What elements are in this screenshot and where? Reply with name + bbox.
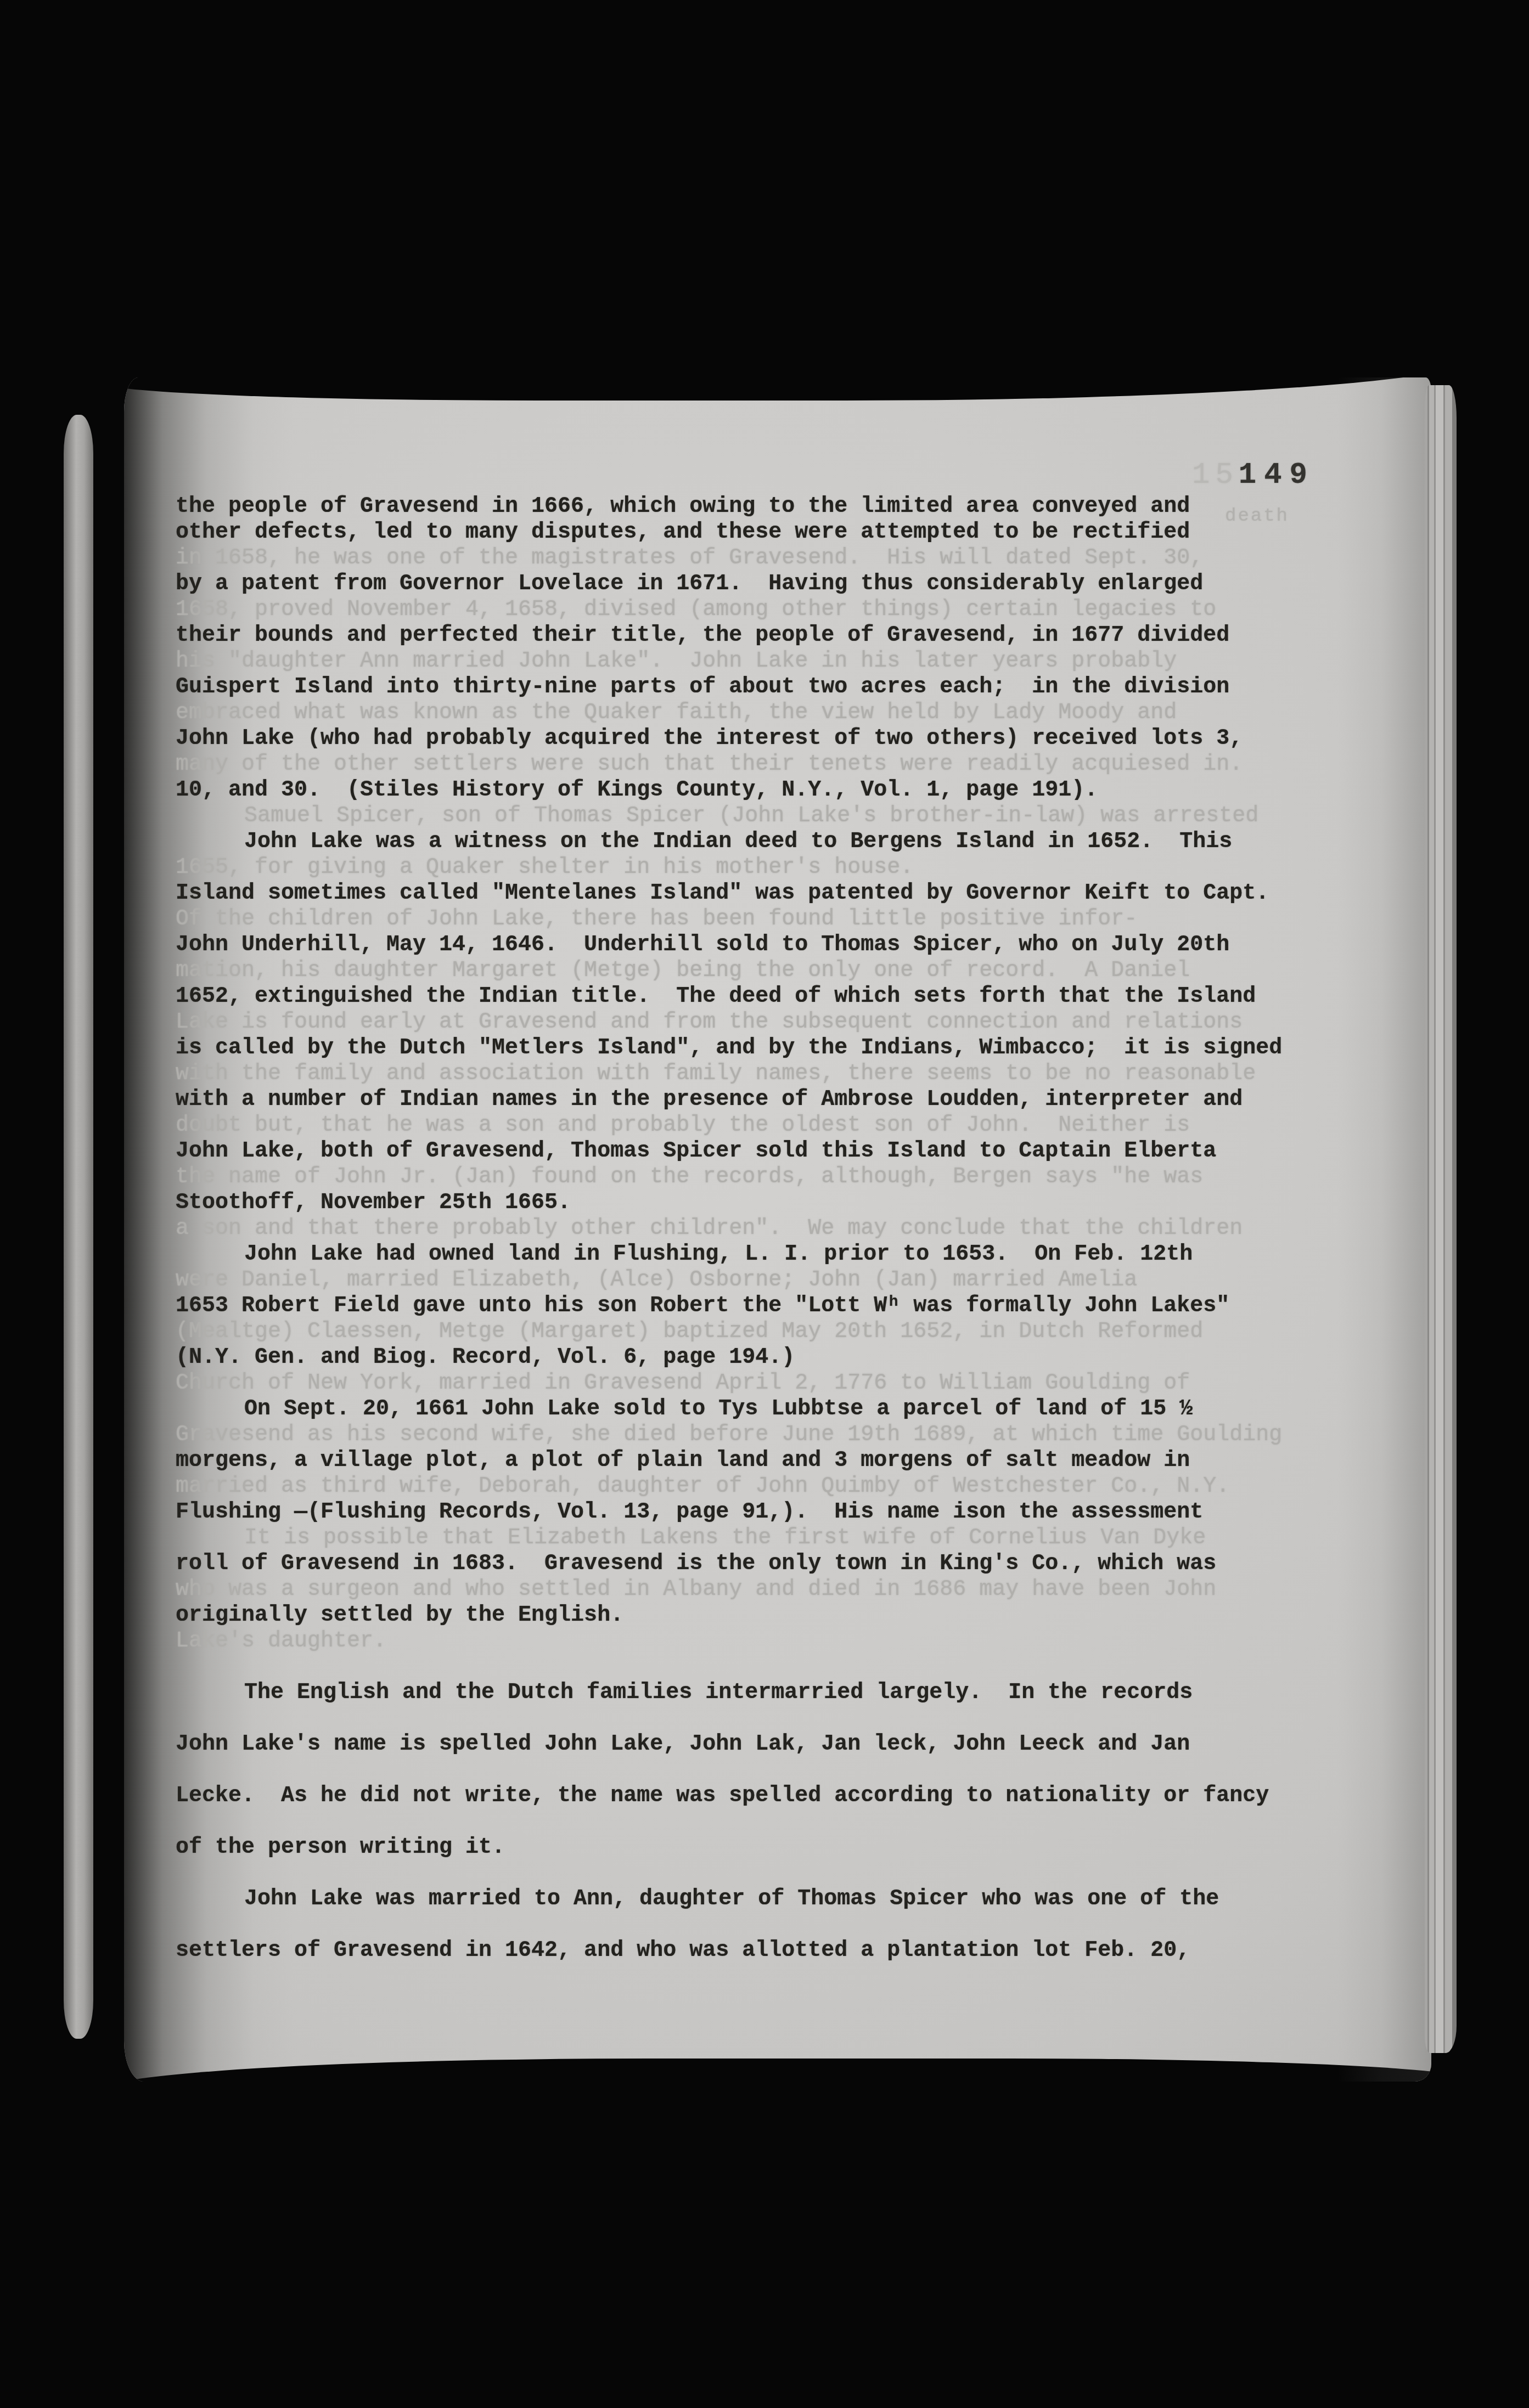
text-line: John Lake was married to Ann, daughter o…: [176, 1886, 1399, 1912]
page-number-row: 15149: [1192, 459, 1315, 492]
ghost-line: with the family and association with fam…: [176, 1061, 1399, 1087]
ghost-line: who was a surgeon and who settled in Alb…: [176, 1577, 1399, 1603]
text-line: Lecke. As he did not write, the name was…: [176, 1783, 1399, 1809]
text-line: John Lake, both of Gravesend, Thomas Spi…: [176, 1138, 1399, 1164]
text-line: 1653 Robert Field gave unto his son Robe…: [176, 1293, 1399, 1319]
ghost-line: married as third wife, Deborah, daughter…: [176, 1474, 1399, 1499]
ghost-line: the name of John Jr. (Jan) found on the …: [176, 1164, 1399, 1190]
ghost-line: It is possible that Elizabeth Lakens the…: [176, 1525, 1399, 1551]
ghost-line: a son and that there probably other chil…: [176, 1216, 1399, 1242]
text-line: John Lake had owned land in Flushing, L.…: [176, 1242, 1399, 1267]
ghost-line: Gravesend as his second wife, she died b…: [176, 1422, 1399, 1448]
ghost-line: Church of New York, married in Gravesend…: [176, 1371, 1399, 1396]
ghost-line: (Mealtge) Claessen, Metge (Margaret) bap…: [176, 1319, 1399, 1345]
page-number-ghost: 15: [1192, 459, 1239, 492]
text-line: 10, and 30. (Stiles History of Kings Cou…: [176, 777, 1399, 803]
page-number: 149: [1239, 459, 1315, 492]
text-line: is called by the Dutch "Metlers Island",…: [176, 1035, 1399, 1061]
blank-line: [176, 1912, 1399, 1938]
ghost-line: embraced what was known as the Quaker fa…: [176, 700, 1399, 726]
text-block: the people of Gravesend in 1666, which o…: [176, 494, 1399, 1964]
text-line: of the person writing it.: [176, 1835, 1399, 1860]
text-line: Stoothoff, November 25th 1665.: [176, 1190, 1399, 1216]
ghost-line: many of the other settlers were such tha…: [176, 752, 1399, 777]
text-line: with a number of Indian names in the pre…: [176, 1087, 1399, 1113]
blank-line: [176, 1706, 1399, 1732]
text-line: the people of Gravesend in 1666, which o…: [176, 494, 1399, 520]
ghost-line: in 1658, he was one of the magistrates o…: [176, 545, 1399, 571]
previous-page-edge: [64, 415, 93, 2039]
text-line: John Lake (who had probably acquired the…: [176, 726, 1399, 752]
text-line: their bounds and perfected their title, …: [176, 623, 1399, 648]
text-line: On Sept. 20, 1661 John Lake sold to Tys …: [176, 1396, 1399, 1422]
ghost-line: mation, his daughter Margaret (Metge) be…: [176, 958, 1399, 984]
text-line: Flushing —(Flushing Records, Vol. 13, pa…: [176, 1499, 1399, 1525]
page-top-shade: [124, 377, 1431, 401]
text-line: roll of Gravesend in 1683. Gravesend is …: [176, 1551, 1399, 1577]
photograph-background: { "page": { "number": "149", "number_gho…: [0, 0, 1529, 2408]
ghost-line: 1658, proved November 4, 1658, divised (…: [176, 597, 1399, 623]
blank-line: [176, 1809, 1399, 1835]
ghost-line: Of the children of John Lake, there has …: [176, 906, 1399, 932]
text-line: The English and the Dutch families inter…: [176, 1680, 1399, 1706]
text-line: John Lake was a witness on the Indian de…: [176, 829, 1399, 855]
ghost-line: his "daughter Ann married John Lake". Jo…: [176, 648, 1399, 674]
ghost-line: Lake's daughter.: [176, 1628, 1399, 1654]
page-stack-edges: [1425, 385, 1457, 2053]
text-line: Guispert Island into thirty-nine parts o…: [176, 674, 1399, 700]
ghost-line: 1655, for giving a Quaker shelter in his…: [176, 855, 1399, 881]
ghost-line: were Daniel, married Elizabeth, (Alce) O…: [176, 1267, 1399, 1293]
blank-line: [176, 1654, 1399, 1680]
document-page: 15149 death the people of Gravesend in 1…: [124, 377, 1431, 2082]
ghost-line: doubt but, that he was a son and probabl…: [176, 1113, 1399, 1138]
text-line: John Lake's name is spelled John Lake, J…: [176, 1732, 1399, 1757]
text-line: (N.Y. Gen. and Biog. Record, Vol. 6, pag…: [176, 1345, 1399, 1371]
text-line: originally settled by the English.: [176, 1603, 1399, 1628]
text-line: John Underhill, May 14, 1646. Underhill …: [176, 932, 1399, 958]
ghost-line: Samuel Spicer, son of Thomas Spicer (Joh…: [176, 803, 1399, 829]
text-line: 1652, extinguished the Indian title. The…: [176, 984, 1399, 1010]
text-line: Island sometimes called "Mentelanes Isla…: [176, 881, 1399, 906]
text-line: settlers of Gravesend in 1642, and who w…: [176, 1938, 1399, 1964]
ghost-line: Lake is found early at Gravesend and fro…: [176, 1010, 1399, 1035]
text-line: morgens, a village plot, a plot of plain…: [176, 1448, 1399, 1474]
blank-line: [176, 1757, 1399, 1783]
text-line: by a patent from Governor Lovelace in 16…: [176, 571, 1399, 597]
page-bottom-shade: [124, 2059, 1431, 2082]
text-line: other defects, led to many disputes, and…: [176, 520, 1399, 545]
blank-line: [176, 1860, 1399, 1886]
